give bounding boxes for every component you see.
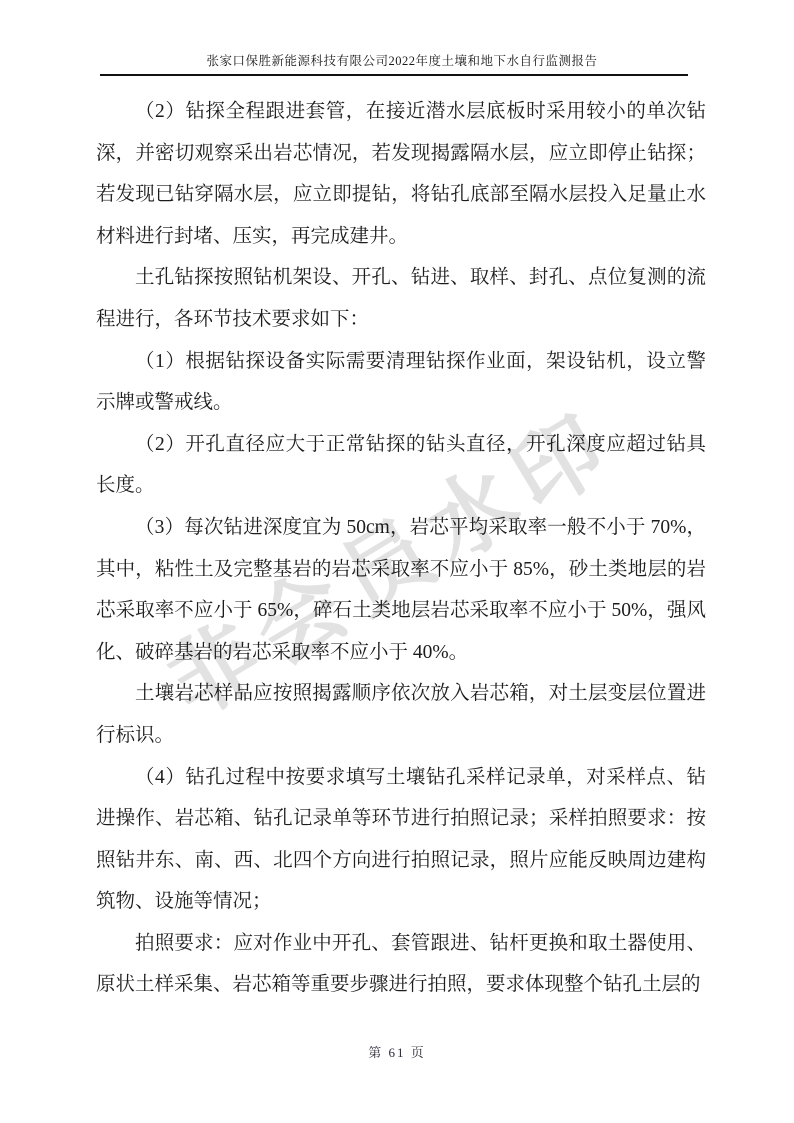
document-page: 非会员水印 张家口保胜新能源科技有限公司2022年度土壤和地下水自行监测报告 （… xyxy=(0,0,794,1123)
header-title: 张家口保胜新能源科技有限公司2022年度土壤和地下水自行监测报告 xyxy=(96,51,708,69)
paragraph: 土孔钻探按照钻机架设、开孔、钻进、取样、封孔、点位复测的流程进行，各环节技术要求… xyxy=(96,257,706,340)
paragraph: （2）钻探全程跟进套管，在接近潜水层底板时采用较小的单次钻深，并密切观察采出岩芯… xyxy=(96,91,706,257)
paragraph: （4）钻孔过程中按要求填写土壤钻孔采样记录单，对采样点、钻进操作、岩芯箱、钻孔记… xyxy=(96,757,706,923)
paragraph: （1）根据钻探设备实际需要清理钻探作业面，架设钻机，设立警示牌或警戒线。 xyxy=(96,341,706,424)
document-body: （2）钻探全程跟进套管，在接近潜水层底板时采用较小的单次钻深，并密切观察采出岩芯… xyxy=(96,91,706,1006)
paragraph: 土壤岩芯样品应按照揭露顺序依次放入岩芯箱，对土层变层位置进行标识。 xyxy=(96,673,706,756)
page-number: 第 61 页 xyxy=(0,1042,794,1061)
header-rule xyxy=(100,74,688,76)
paragraph: 拍照要求：应对作业中开孔、套管跟进、钻杆更换和取土器使用、原状土样采集、岩芯箱等… xyxy=(96,923,706,1006)
paragraph: （2）开孔直径应大于正常钻探的钻头直径，开孔深度应超过钻具长度。 xyxy=(96,424,706,507)
paragraph: （3）每次钻进深度宜为 50cm，岩芯平均采取率一般不小于 70%，其中，粘性土… xyxy=(96,507,706,673)
